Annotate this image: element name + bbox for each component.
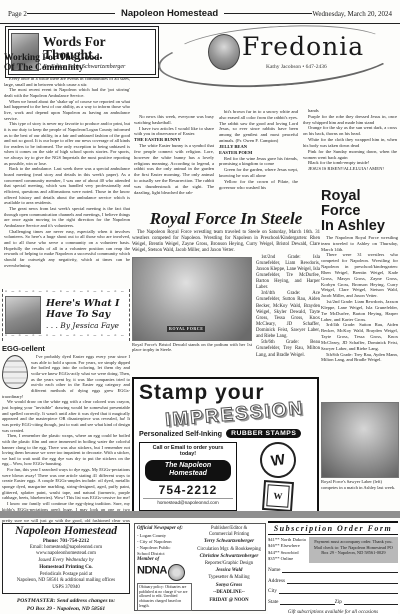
poem-line: Red for the wine Jesus gave his friends,…	[219, 156, 298, 168]
paragraph: bit's brown fur in to a snowy white and …	[219, 109, 298, 144]
zip-blank-line	[344, 599, 398, 605]
easter-egg-illustration	[2, 355, 28, 389]
paragraph: The Napoleon Royal Force wrestling team …	[321, 235, 398, 252]
paragraph: I have two articles I would like to shar…	[134, 126, 214, 138]
address-label: Address	[268, 578, 285, 584]
newspaper-page: Page 2 Napoleon Homestead Wednesday, Mar…	[0, 0, 400, 614]
poem-line: Yellow for the crown of Pilate, the gove…	[219, 179, 298, 191]
masthead-printer: Homestead Printing Co.	[5, 564, 127, 571]
paragraph: This type of story is never my favorite …	[4, 121, 130, 166]
staff-name: Jessica Wald	[195, 567, 263, 574]
fredonia-column-3: hands Purple for the robe they dressed J…	[303, 108, 397, 172]
jessica-photo	[5, 296, 41, 334]
official-newspaper-column: Official Newspaper of: - Logan County - …	[137, 526, 192, 608]
decorative-border-bottom: ▫ ~ ▫ ~ ▫ ~ ▫ ~ ▫ ~ ▫ ~ ▫ ~ ▫ ~ ▫ ~ ▫	[5, 334, 127, 340]
heres-what-text: Here's What I Have To Say . . . By Jessi…	[46, 299, 127, 331]
poem-line: Orange for the sky as the sun went dark,…	[303, 125, 397, 137]
fredonia-column-2: bit's brown fur in to a snowy white and …	[219, 109, 298, 191]
monogram-stamp-circle: W	[257, 440, 298, 481]
official-heading: Official Newspaper of:	[137, 526, 192, 533]
paragraph: Back to the ambulance. Last week there w…	[4, 166, 130, 206]
staff-name: Christine Schwartzenberger	[195, 553, 263, 560]
name-blank-line	[282, 567, 398, 573]
ad-subline: Personalized Self-Inking	[139, 429, 222, 438]
steele-photo-block: ROYAL FORCE Royal Force's Bristol Dewald…	[132, 257, 252, 353]
paragraph: The Napoleon Royal Force wrestling team …	[132, 230, 320, 255]
paragraph: 1st/2nd Grade: Liam Rewdoris, Jaxson Kle…	[321, 299, 398, 322]
paragraph: Then, I remember the plastic wraps, wher…	[2, 433, 130, 467]
steele-body: The Napoleon Royal Force wrestling team …	[132, 230, 320, 359]
ashley-photo-caption: Royal Force's Sawyer Laber (left) compet…	[321, 479, 398, 490]
steele-headline: Royal Force In Steele	[132, 210, 320, 227]
ad-badge: RUBBER STAMPS	[226, 429, 301, 438]
ndna-logo: NDNA	[137, 565, 167, 577]
address-blank-line	[287, 578, 398, 584]
paragraph: For fun, this year I searched ways to dy…	[2, 467, 130, 501]
poem-line: Green for the garden, where Jesus wept, …	[219, 167, 298, 179]
paragraph: The most recent event in Napoleon which …	[4, 87, 130, 98]
page-header: Page 2 Napoleon Homestead Wednesday, Mar…	[0, 4, 400, 24]
obituary-policy-note: Obituary policy: Obituaries are publishe…	[137, 583, 192, 611]
press-association-seal	[168, 564, 185, 581]
monogram-stamp-square: W	[261, 480, 293, 512]
masthead-postage-1: Periodicals Postage paid at	[5, 572, 127, 579]
poem-line: JESUS IS RISEN!!ALLELUIA! AMEN!	[303, 166, 397, 172]
editorial-body: Every once in a while there are events i…	[4, 76, 130, 268]
staff-column: Publisher/Editor & Commercial Printing T…	[195, 526, 263, 608]
staff-name: Terry Schwartzenberger	[195, 538, 263, 545]
masthead-phone: Phone: 701-754-2212	[5, 538, 127, 545]
address-field: Address	[268, 578, 398, 584]
eggcellent-article: EGG-cellent I've probably dyed Easter eg…	[2, 344, 130, 535]
editorial-article: Working For The Good Of The Community Ev…	[4, 54, 130, 268]
header-rule-left	[27, 13, 115, 14]
correspondent-photo	[208, 34, 240, 70]
masthead-inner: Napoleon Homestead Phone: 701-754-2212 E…	[2, 523, 130, 594]
masthead-title: Napoleon Homestead	[5, 526, 127, 538]
poem-line: Pink for the Sunday morning dawn, when t…	[303, 149, 397, 161]
masthead-usps: USPS 370940	[5, 585, 127, 592]
city-blank-line	[279, 588, 398, 594]
heres-what-row: Here's What I Have To Say . . . By Jessi…	[5, 296, 127, 334]
column-title: Here's What I Have To Say	[46, 299, 127, 321]
gift-subscription-note: Gift subscriptions available for all occ…	[268, 610, 398, 614]
steele-photo-caption: Royal Force's Bristol Dewald stands on t…	[132, 342, 252, 353]
state-zip-field: State Zip	[268, 599, 398, 605]
ashley-photo	[321, 402, 399, 478]
ashley-headline: Royal Force In Ashley	[321, 189, 399, 235]
poem-line: White for the cloth they wrapped him in,…	[303, 137, 397, 149]
stamp-samples: W W	[243, 442, 312, 511]
editorial-headline: Working For The Good Of The Community	[4, 54, 130, 74]
official-staff-box: Official Newspaper of: - Logan County - …	[134, 523, 266, 611]
fredonia-contact: Kathy Jacobson • 647-2436	[266, 64, 327, 70]
section-divider	[0, 511, 400, 518]
member-label: Member of	[137, 557, 192, 564]
ad-call-text: Call or Email to order yours today!	[143, 445, 233, 458]
singlet-label: ROYAL FORCE	[167, 326, 205, 331]
ad-line-2: IMPRESSION	[164, 399, 304, 430]
ad-brand: The Napoleon Homestead	[145, 460, 231, 481]
masthead-email: Email: homestead@napoleonnd.com	[5, 545, 127, 552]
paragraph: Challenging times are never easy, especi…	[4, 229, 130, 269]
deadline-label: --DEADLINE--	[195, 590, 263, 596]
paragraph: The great news from last week's special …	[4, 206, 130, 229]
state-label: State	[268, 599, 278, 605]
staff-name: Sonya Gross	[195, 582, 263, 589]
payment-note: Payment must accompany order. Thank you.…	[309, 537, 398, 563]
paragraph: No news this week, everyone was busy wat…	[134, 114, 214, 126]
header-rule-right	[224, 13, 312, 14]
ad-phone: 754-2212	[143, 483, 233, 497]
eggcellent-headline: EGG-cellent	[2, 344, 130, 353]
ashley-body: The Napoleon Royal Force wrestling team …	[321, 235, 398, 363]
ad-bottom-row: Call or Email to order yours today! The …	[139, 442, 312, 511]
steele-article: Royal Force In Steele The Napoleon Royal…	[132, 210, 320, 359]
rubber-stamp-ad: Stamp your IMPRESSION Personalized Self-…	[132, 377, 319, 516]
ad-email: homestead@napoleonnd.com	[143, 498, 233, 505]
subscription-heading: Subscription Order Form	[268, 521, 398, 535]
paragraph: The white Easter bunny is a symbol that …	[134, 143, 214, 195]
ashley-photo-block: Royal Force's Sawyer Laber (left) compet…	[321, 402, 398, 490]
fredonia-masthead: Fredonia Kathy Jacobson • 647-2436	[158, 26, 396, 90]
page-number: Page 2	[8, 10, 27, 18]
masthead-postage-2: Napoleon, ND 58561 & additional mailing …	[5, 578, 127, 585]
price-item: $35** Online	[268, 556, 306, 562]
paragraph: When we heard about the 'shake up' of co…	[4, 99, 130, 122]
city-label: City	[268, 588, 277, 594]
poem-line: Purple for the robe they dressed Jesus i…	[303, 114, 397, 126]
issue-date: Wednesday, March 20, 2024	[312, 10, 392, 18]
paragraph: Every once in a while there are events i…	[4, 76, 130, 87]
paragraph: We would draw on the white egg with a cl…	[2, 399, 130, 433]
fredonia-title: Fredonia	[242, 32, 364, 61]
zip-label: Zip	[335, 599, 342, 605]
subscription-prices: $41** North Dakota $46** Elsewhere $44**…	[268, 537, 306, 563]
masthead-box: Napoleon Homestead Phone: 701-754-2212 E…	[2, 523, 130, 613]
postmaster-note: POSTMASTER: Send address changes to: PO …	[2, 598, 130, 613]
fredonia-column-1: No news this week, everyone was busy wat…	[134, 114, 214, 196]
paragraph: 3rd/4th Grade: Sutton Rau, Aiden Becker,…	[321, 322, 398, 351]
state-blank-line	[280, 599, 334, 605]
masthead-web: www.napoleonhomestead.com	[5, 551, 127, 558]
masthead-issued: Issued Every Wednesday by	[5, 558, 127, 565]
heres-what-panel: ▫ ~ ▫ ~ ▫ ~ ▫ ~ ▫ ~ ▫ ~ ▫ ~ ▫ ~ ▫ ~ ▫ He…	[2, 289, 130, 341]
subscription-form: Subscription Order Form $41** North Dako…	[268, 521, 398, 614]
member-logos: NDNA	[137, 564, 192, 581]
ad-product-row: Personalized Self-Inking RUBBER STAMPS	[139, 429, 312, 438]
column-byline: . . . By Jessica Faye	[46, 321, 127, 330]
name-field: Name	[268, 567, 398, 573]
ad-contact-box: Call or Email to order yours today! The …	[139, 442, 237, 511]
steele-photo: ROYAL FORCE	[132, 257, 252, 341]
paragraph: There were 31 wrestlers who competed for…	[321, 252, 398, 299]
newspaper-title: Napoleon Homestead	[115, 8, 224, 19]
staff-role: Circulation Mgr. & Bookkeeping	[195, 547, 263, 553]
subscription-pricing-row: $41** North Dakota $46** Elsewhere $44**…	[268, 537, 398, 563]
deadline-value: FRIDAY @ NOON	[195, 598, 263, 604]
paragraph: 5th/6th Grade: Trey Rau, Ayden Mann, Mil…	[321, 352, 398, 364]
city-field: City	[268, 588, 398, 594]
name-label: Name	[268, 567, 280, 573]
